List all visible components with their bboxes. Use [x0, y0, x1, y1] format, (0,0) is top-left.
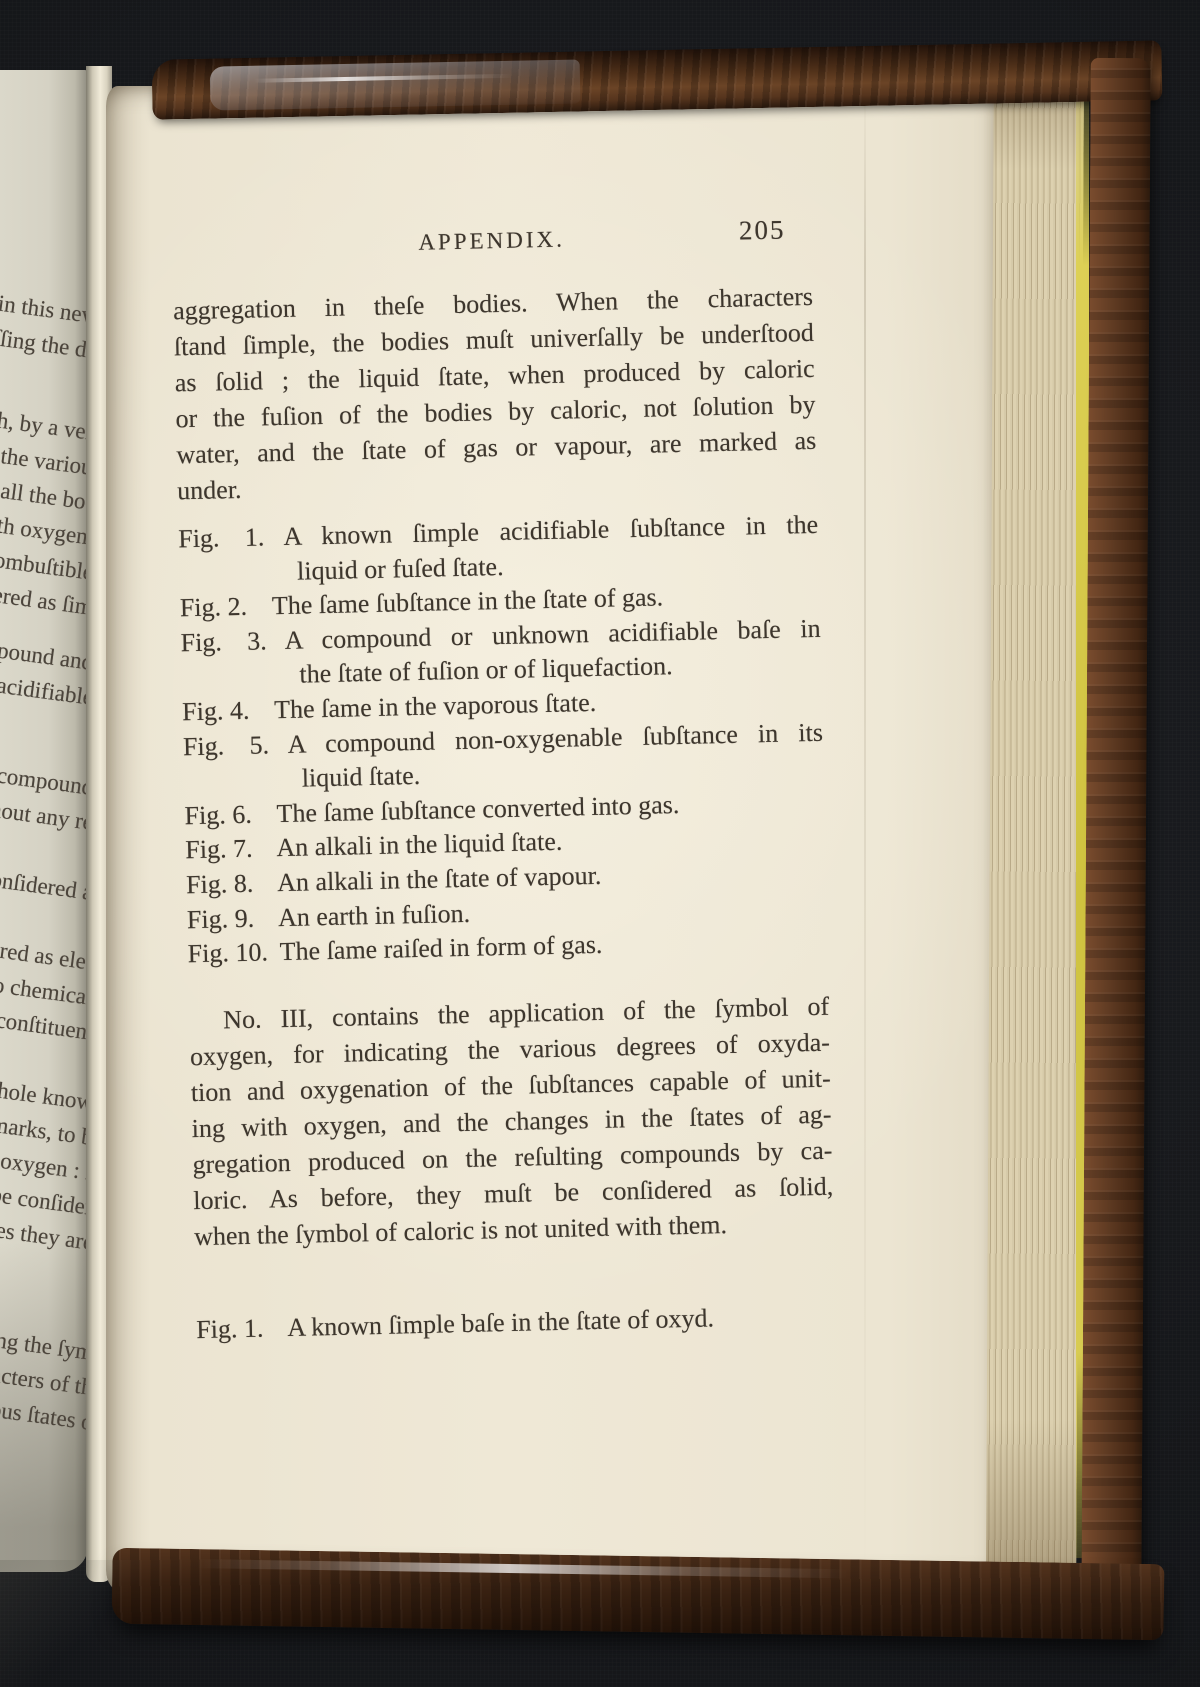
figure-label: Fig. 2. [180, 590, 267, 627]
left-page-fragment: h in this nev [0, 288, 88, 329]
figure-label: Fig. 5. [183, 728, 270, 765]
figure-text: The ſame ſubſtance in the ſtate of gas. [272, 583, 664, 621]
figure-label: Fig. 8. [186, 866, 273, 903]
figure-label: Fig. 9. [187, 901, 274, 938]
left-page-fragment: of all the bo- [0, 475, 88, 516]
figure-label: Fig. 4. [182, 693, 269, 730]
left-page: h in this neveſſing the dich, by a vere … [0, 70, 88, 1572]
left-page-fragment: all be conſider [0, 1178, 88, 1221]
figure-text: The ſame raiſed in form of gas. [279, 930, 602, 966]
left-page-fragment: ch, by a ver [0, 406, 88, 446]
figure-label: Fig. 7. [185, 832, 272, 869]
fore-edge-pages [986, 80, 1084, 1568]
figure-text: An alkali in the liquid ſtate. [276, 827, 563, 862]
left-page-fragment: haracters of th [0, 1358, 88, 1401]
page-text-block: APPENDIX. 205 aggregation in theſe bodie… [168, 79, 836, 1348]
left-page-fragment: able compound [0, 757, 88, 801]
paragraph-2: No. III, contains the application of the… [189, 988, 835, 1254]
left-page-fragment: eir conſtituent [0, 1003, 88, 1046]
leather-right-edge [1081, 58, 1151, 1618]
left-page-fragment: e the variou [0, 441, 88, 481]
figure-text: A known ſimple baſe in the ſtate of oxyd… [287, 1303, 714, 1342]
figure-text: The ſame ſubſtance converted into gas. [276, 790, 679, 828]
paragraph-1: aggregation in theſe bodies. When the ch… [173, 279, 818, 509]
figure-list: Fig. 1. A known ſimple acidifiable ſubſt… [178, 508, 828, 972]
tape-highlight [210, 59, 581, 110]
left-page-fragment: nſidered as ele- [0, 932, 88, 976]
running-title: APPENDIX. [418, 226, 565, 254]
tape-shine [254, 74, 513, 83]
left-page-fragment: eſſing the di [0, 324, 88, 364]
left-page-fragment: e whole know [0, 1073, 88, 1116]
figure-label: Fig. 10. [187, 935, 274, 972]
left-page-fragment: nd oxygen : I [0, 1144, 88, 1186]
left-page-fragment: e marks, to b [0, 1110, 88, 1151]
left-page-fragment: and acidifiable [0, 667, 88, 711]
photo-scene: h in this neveſſing the dich, by a vere … [0, 0, 1200, 1687]
leather-bottom-edge [111, 1548, 1164, 1641]
leather-shine [197, 1559, 849, 1578]
left-page-fragment: idered as ſim [0, 580, 88, 621]
main-page: APPENDIX. 205 aggregation in theſe bodie… [106, 86, 994, 1592]
left-page-fragment: arious ſtates o [0, 1393, 88, 1435]
page-header: APPENDIX. 205 [171, 221, 812, 268]
final-figure-line: Fig. 1. A known ſimple baſe in the ſtate… [196, 1297, 837, 1348]
left-page-fragment: ly conſidered a [0, 862, 88, 906]
left-page-fragment: l combuſtible [0, 544, 88, 586]
figure-label: Fig. 6. [184, 797, 271, 834]
figure-text: An earth in fuſion. [278, 898, 471, 931]
left-page-fragment: loying the ſym [0, 1323, 88, 1366]
figure-text: The ſame in the vaporous ſtate. [274, 688, 597, 724]
figure-label: Fig. 1. [196, 1310, 283, 1348]
figure-label: Fig. 3. [180, 624, 267, 661]
left-page-fragment: into chemical [0, 969, 88, 1011]
figure-text: An alkali in the ſtate of vapour. [277, 861, 602, 897]
left-page-fragment: compound and [0, 632, 88, 676]
page-number: 205 [739, 214, 786, 246]
figure-label: Fig. 1. [178, 520, 265, 557]
left-page-fragment: without any re [0, 793, 88, 836]
bottom-left-shadow [0, 1560, 140, 1687]
page-crease [864, 86, 866, 1592]
